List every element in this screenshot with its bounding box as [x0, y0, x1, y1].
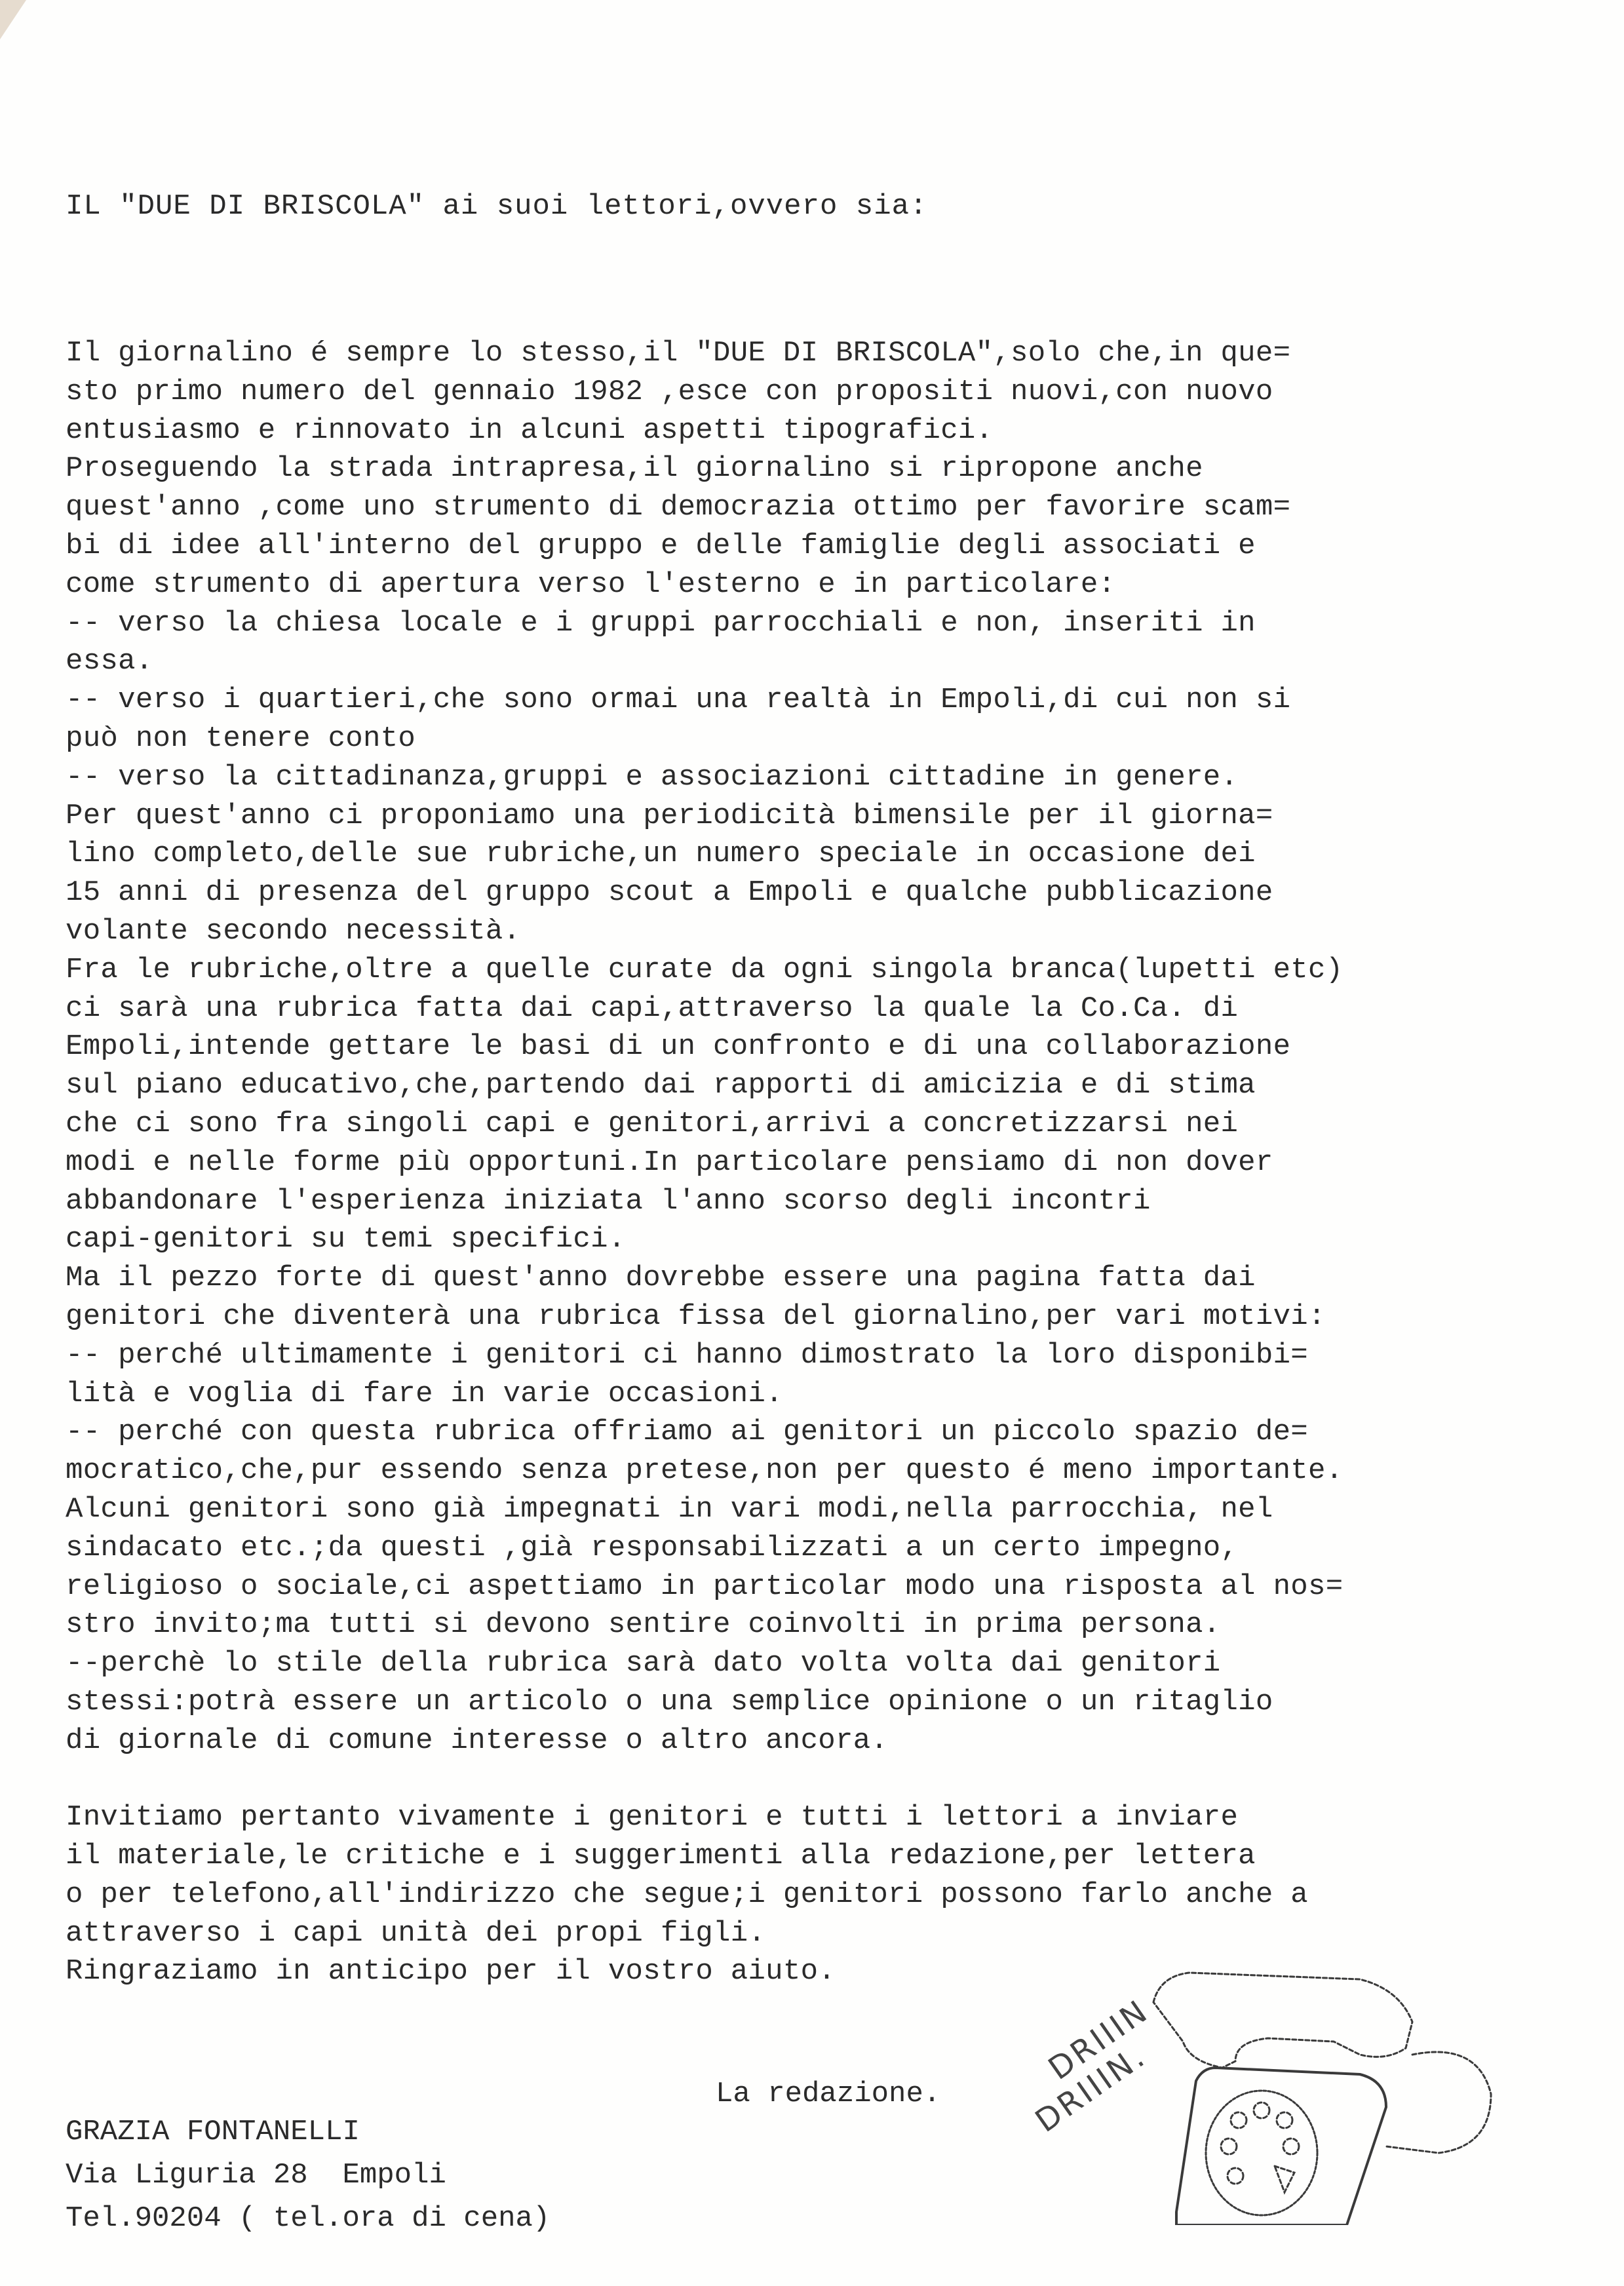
body-line: sto primo numero del gennaio 1982 ,esce … — [66, 373, 1573, 412]
body-line: quest'anno ,come uno strumento di democr… — [66, 488, 1573, 527]
body-line: Empoli,intende gettare le basi di un con… — [66, 1028, 1573, 1066]
body-line: di giornale di comune interesse o altro … — [66, 1722, 1573, 1760]
body-line: Proseguendo la strada intrapresa,il gior… — [66, 450, 1573, 488]
body-line: 15 anni di presenza del gruppo scout a E… — [66, 874, 1573, 912]
body-line: -- verso la cittadinanza,gruppi e associ… — [66, 758, 1573, 797]
body-line: attraverso i capi unità dei propi figli. — [66, 1914, 1573, 1953]
body-line: sul piano educativo,che,partendo dai rap… — [66, 1066, 1573, 1105]
body-line: che ci sono fra singoli capi e genitori,… — [66, 1105, 1573, 1144]
contact-address: GRAZIA FONTANELLI Via Liguria 28 Empoli … — [66, 2110, 550, 2240]
body-line: stro invito;ma tutti si devono sentire c… — [66, 1606, 1573, 1644]
body-line: come strumento di apertura verso l'ester… — [66, 566, 1573, 604]
body-line: -- perché ultimamente i genitori ci hann… — [66, 1336, 1573, 1375]
body-line: genitori che diventerà una rubrica fissa… — [66, 1298, 1573, 1336]
body-line: bi di idee all'interno del gruppo e dell… — [66, 527, 1573, 566]
body-line: volante secondo necessità. — [66, 912, 1573, 951]
body-line: sindacato etc.;da questi ,già responsabi… — [66, 1529, 1573, 1568]
body-line: lino completo,delle sue rubriche,un nume… — [66, 835, 1573, 874]
body-line: Per quest'anno ci proponiamo una periodi… — [66, 797, 1573, 836]
folded-corner — [0, 0, 26, 39]
body-line: mocratico,che,pur essendo senza pretese,… — [66, 1452, 1573, 1490]
signoff: La redazione. — [716, 2078, 940, 2110]
body-line: ci sarà una rubrica fatta dai capi,attra… — [66, 990, 1573, 1028]
body-line: può non tenere conto — [66, 720, 1573, 758]
body-line: il materiale,le critiche e i suggeriment… — [66, 1837, 1573, 1876]
body-line: -- verso la chiesa locale e i gruppi par… — [66, 604, 1573, 643]
document-body: Il giornalino é sempre lo stesso,il "DUE… — [66, 334, 1573, 1991]
body-line: modi e nelle forme più opportuni.In part… — [66, 1144, 1573, 1182]
body-line: Invitiamo pertanto vivamente i genitori … — [66, 1798, 1573, 1837]
body-line: lità e voglia di fare in varie occasioni… — [66, 1375, 1573, 1414]
body-line: entusiasmo e rinnovato in alcuni aspetti… — [66, 412, 1573, 450]
body-line: Ma il pezzo forte di quest'anno dovrebbe… — [66, 1259, 1573, 1298]
document-heading: IL "DUE DI BRISCOLA" ai suoi lettori,ovv… — [66, 190, 927, 223]
body-line: abbandonare l'esperienza iniziata l'anno… — [66, 1182, 1573, 1221]
body-line: religioso o sociale,ci aspettiamo in par… — [66, 1568, 1573, 1606]
body-line: Fra le rubriche,oltre a quelle curate da… — [66, 951, 1573, 990]
body-line: -- perché con questa rubrica offriamo ai… — [66, 1413, 1573, 1452]
contact-street: Via Liguria 28 Empoli — [66, 2154, 550, 2197]
body-line: Il giornalino é sempre lo stesso,il "DUE… — [66, 334, 1573, 373]
body-line: Alcuni genitori sono già impegnati in va… — [66, 1490, 1573, 1529]
body-line: -- verso i quartieri,che sono ormai una … — [66, 681, 1573, 720]
body-line: o per telefono,all'indirizzo che segue;i… — [66, 1876, 1573, 1914]
body-line: essa. — [66, 642, 1573, 681]
body-line: stessi:potrà essere un articolo o una se… — [66, 1683, 1573, 1722]
telephone-drawing-icon: DRIIIN DRIIIN. — [1019, 1950, 1556, 2225]
body-line — [66, 1760, 1573, 1798]
body-line: --perchè lo stile della rubrica sarà dat… — [66, 1644, 1573, 1683]
contact-phone: Tel.90204 ( tel.ora di cena) — [66, 2197, 550, 2240]
document-page: IL "DUE DI BRISCOLA" ai suoi lettori,ovv… — [0, 0, 1624, 2286]
contact-name: GRAZIA FONTANELLI — [66, 2110, 550, 2154]
body-line: capi-genitori su temi specifici. — [66, 1220, 1573, 1259]
